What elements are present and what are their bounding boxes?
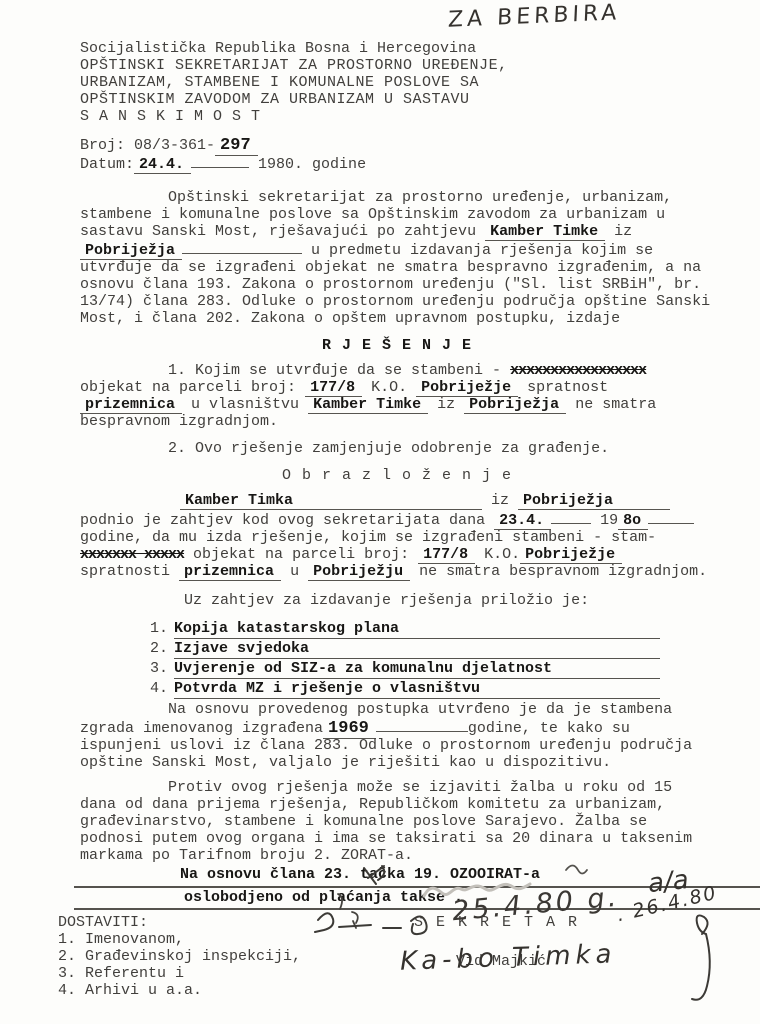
- blank-line: [182, 240, 302, 254]
- attachment-number: 2.: [150, 639, 174, 658]
- dostaviti-item: 2. Građevinskoj inspekciji,: [58, 948, 358, 965]
- construction-year: 1969: [323, 719, 376, 739]
- floors-value: prizemnica: [80, 396, 182, 414]
- attachment-item: 3.Uvjerenje od SIZ-a za komunalnu djelat…: [150, 659, 714, 679]
- place-value-2: Pobriježju: [308, 563, 410, 581]
- blank-line: [191, 154, 249, 168]
- decision1-text-1: 1. Kojim se utvrđuje da se stambeni -: [168, 362, 501, 379]
- sekretar-label: S E K R E T A R: [414, 914, 714, 931]
- attachments-list: 1.Kopija katastarskog plana 2.Izjave svj…: [80, 619, 714, 699]
- decision-item-2: 2. Ovo rješenje zamjenjuje odobrenje za …: [80, 440, 714, 457]
- cadastral-municipality-2: Pobriježje: [520, 546, 622, 564]
- decision1-text-3: spratnost: [527, 379, 608, 396]
- letterhead-country: Socijalistička Republika Bosna i Hercego…: [80, 40, 714, 57]
- dostaviti-item: 1. Imenovanom,: [58, 931, 358, 948]
- letterhead: Socijalistička Republika Bosna i Hercego…: [80, 40, 714, 125]
- parcel-number-2: 177/8: [418, 546, 475, 564]
- decision-title: R J E Š E N J E: [80, 337, 714, 354]
- explanation-iz: iz: [491, 492, 509, 509]
- expl1-year-prefix: 19: [600, 512, 618, 529]
- decision1-text-2: objekat na parceli broj:: [80, 379, 296, 396]
- tax-basis-line: Na osnovu člana 23. tačka 19. OZOOIRAT-a: [180, 866, 714, 883]
- appeal-paragraph: Protiv ovog rješenja može se izjaviti ža…: [80, 779, 714, 864]
- decision-item-1: 1. Kojim se utvrđuje da se stambeni - xx…: [80, 362, 714, 430]
- document-number-line: Broj: 08/3-361-297: [80, 137, 714, 154]
- applicant-place: Pobriježja: [80, 242, 182, 260]
- applicant-place-2: Pobriježja: [518, 492, 670, 510]
- attachment-number: 3.: [150, 659, 174, 678]
- attachment-text: Izjave svjedoka: [174, 639, 660, 659]
- parcel-number: 177/8: [305, 379, 362, 397]
- letterhead-org-line1: OPŠTINSKI SEKRETARIJAT ZA PROSTORNO UREĐ…: [80, 57, 714, 74]
- attachment-item: 4.Potvrda MZ i rješenje o vlasništvu: [150, 679, 714, 699]
- datum-label: Datum:: [80, 156, 134, 173]
- explanation-paragraph-1: podnio je zahtjev kod ovog sekretarijata…: [80, 510, 714, 580]
- owner-name: Kamber Timke: [308, 396, 428, 414]
- expl1-text-2: godine, da mu izda rješenje, kojim se iz…: [80, 529, 656, 546]
- attachment-number: 1.: [150, 619, 174, 638]
- document-date-line: Datum:24.4. 1980. godine: [80, 154, 714, 173]
- owner-place: Pobriježja: [464, 396, 566, 414]
- ko-label-2: K.O.: [484, 546, 520, 563]
- signature-block: S E K R E T A R Vid Majkić: [358, 914, 714, 999]
- attachment-item: 1.Kopija katastarskog plana: [150, 619, 714, 639]
- document-meta: Broj: 08/3-361-297 Datum:24.4. 1980. god…: [80, 137, 714, 173]
- dostaviti-label: DOSTAVITI:: [58, 914, 358, 931]
- intro-paragraph: Opštinski sekretarijat za prostorno uređ…: [80, 189, 714, 327]
- intro-iz: iz: [614, 223, 632, 240]
- dostaviti-item: 4. Arhivi u a.a.: [58, 982, 358, 999]
- blank-line: [648, 510, 694, 524]
- document-footer: DOSTAVITI: 1. Imenovanom, 2. Građevinsko…: [58, 914, 714, 999]
- applicant-name: Kamber Timke: [485, 223, 605, 241]
- document-content: Socijalistička Republika Bosna i Hercego…: [0, 0, 760, 999]
- letterhead-city: S A N S K I M O S T: [80, 108, 714, 125]
- request-year: 8o: [618, 512, 648, 530]
- decision1-text-4: u vlasništvu: [191, 396, 299, 413]
- cadastral-municipality: Pobriježje: [416, 379, 518, 397]
- broj-prefix: 08/3-361-: [134, 137, 215, 154]
- attachment-text: Potvrda MZ i rješenje o vlasništvu: [174, 679, 660, 699]
- attachments-intro: Uz zahtjev za izdavanje rješenja priloži…: [184, 592, 714, 609]
- datum-year: 1980. godine: [258, 156, 366, 173]
- explanation-title: O b r a z l o ž e n j e: [80, 467, 714, 484]
- explanation-paragraph-2: Na osnovu provedenog postupka utvrđeno j…: [80, 701, 714, 771]
- datum-day: 24.4.: [134, 156, 191, 174]
- floors-value-2: prizemnica: [179, 563, 281, 581]
- blank-line: [376, 718, 468, 732]
- distribution-block: DOSTAVITI: 1. Imenovanom, 2. Građevinsko…: [58, 914, 358, 999]
- attachment-number: 4.: [150, 679, 174, 698]
- struck-out-text: xxxxxxxxxxxxxxxxx: [510, 362, 646, 379]
- decision1-text-5: iz: [437, 396, 455, 413]
- expl1-text-1: podnio je zahtjev kod ovog sekretarijata…: [80, 512, 485, 529]
- expl1-text-3: objekat na parceli broj:: [193, 546, 409, 563]
- expl1-text-5: u: [290, 563, 299, 580]
- letterhead-org-line2: URBANIZAM, STAMBENE I KOMUNALNE POSLOVE …: [80, 74, 714, 91]
- blank-line: [551, 510, 591, 524]
- struck-out-text-2: xxxxxxx xxxxx: [80, 546, 184, 563]
- expl1-text-4: spratnosti: [80, 563, 170, 580]
- attachment-text: Uvjerenje od SIZ-a za komunalnu djelatno…: [174, 659, 660, 679]
- explanation-name-line: Kamber Timka iz Pobriježja: [180, 492, 714, 510]
- applicant-name-2: Kamber Timka: [180, 492, 482, 510]
- attachment-item: 2.Izjave svjedoka: [150, 639, 714, 659]
- expl1-text-6: ne smatra bespravnom izgradnjom.: [419, 563, 707, 580]
- broj-label: Broj:: [80, 137, 125, 154]
- letterhead-org-line3: OPŠTINSKIM ZAVODOM ZA URBANIZAM U SASTAV…: [80, 91, 714, 108]
- attachment-text: Kopija katastarskog plana: [174, 619, 660, 639]
- scanned-document-page: Socijalistička Republika Bosna i Hercego…: [0, 0, 760, 1024]
- dostaviti-item: 3. Referentu i: [58, 965, 358, 982]
- sekretar-name: Vid Majkić: [456, 953, 714, 970]
- request-date: 23.4.: [494, 512, 551, 530]
- ko-label: K.O.: [371, 379, 407, 396]
- tax-exempt-line: oslobodjeno od plaćanja takse .: [74, 886, 760, 910]
- broj-number: 297: [215, 136, 258, 156]
